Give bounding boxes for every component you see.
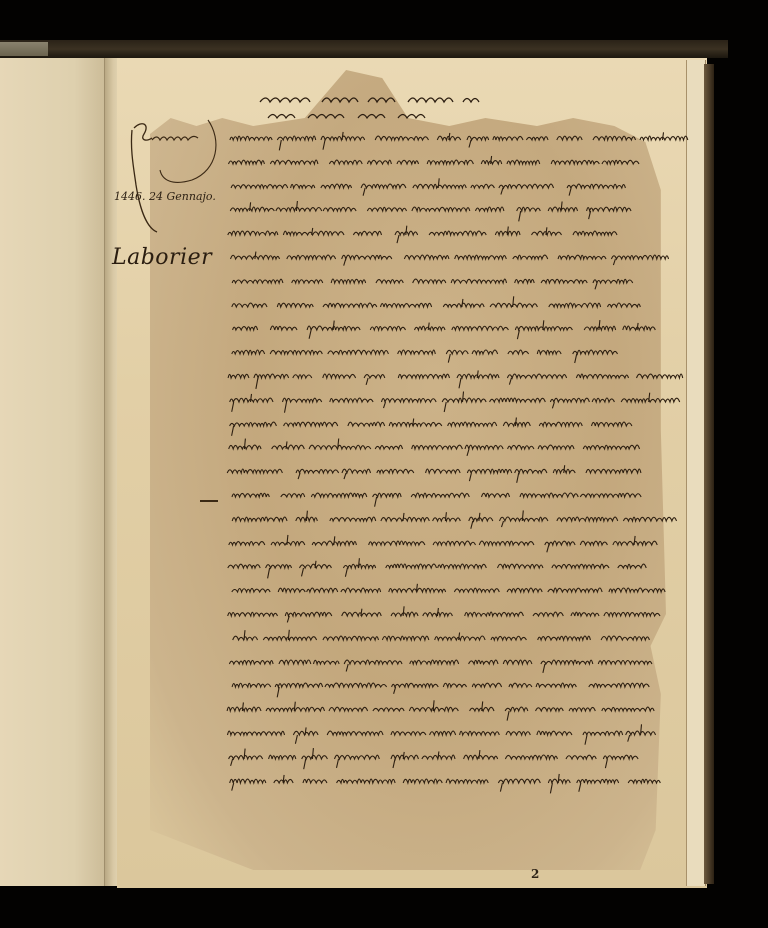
- left-page: [0, 58, 106, 886]
- cover-edge: [704, 64, 714, 884]
- handwriting-line: [225, 463, 670, 469]
- handwriting-line: [225, 677, 670, 683]
- handwriting-line: [225, 130, 670, 136]
- handwriting-line: [225, 154, 670, 160]
- page-number: 2: [531, 867, 539, 881]
- handwriting-line: [225, 201, 670, 207]
- body-text: [225, 130, 670, 800]
- handwriting-line: [225, 392, 670, 398]
- margin-dash: [200, 500, 218, 502]
- handwriting-line: [225, 487, 670, 493]
- margin-signature: [122, 110, 232, 240]
- page-edge: [686, 60, 706, 886]
- handwriting-line: [225, 558, 670, 564]
- handwriting-line: [225, 273, 670, 279]
- handwriting-line: [225, 225, 670, 231]
- handwriting-line: [225, 511, 670, 517]
- handwriting-line: [225, 416, 670, 422]
- handwriting-line: [225, 749, 670, 755]
- handwriting-line: [225, 344, 670, 350]
- handwriting-line: [225, 630, 670, 636]
- margin-date-note: 1446. 24 Gennajo.: [114, 190, 216, 203]
- binding-tab: [0, 42, 48, 56]
- handwriting-line: [225, 701, 670, 707]
- heading: [258, 88, 568, 128]
- signature-flourish-icon: [122, 110, 232, 240]
- margin-name-note: Laborier: [112, 245, 212, 270]
- handwriting-line: [225, 582, 670, 588]
- handwriting-line: [225, 297, 670, 303]
- handwriting-line: [225, 535, 670, 541]
- handwriting-line: [225, 606, 670, 612]
- handwriting-line: [225, 654, 670, 660]
- handwriting-line: [225, 249, 670, 255]
- binding-top: [0, 40, 728, 58]
- handwriting-line: [225, 773, 670, 779]
- handwriting-line: [225, 178, 670, 184]
- handwriting-line: [225, 368, 670, 374]
- handwriting-line: [225, 320, 670, 326]
- handwriting-line: [225, 439, 670, 445]
- handwriting-line: [225, 725, 670, 731]
